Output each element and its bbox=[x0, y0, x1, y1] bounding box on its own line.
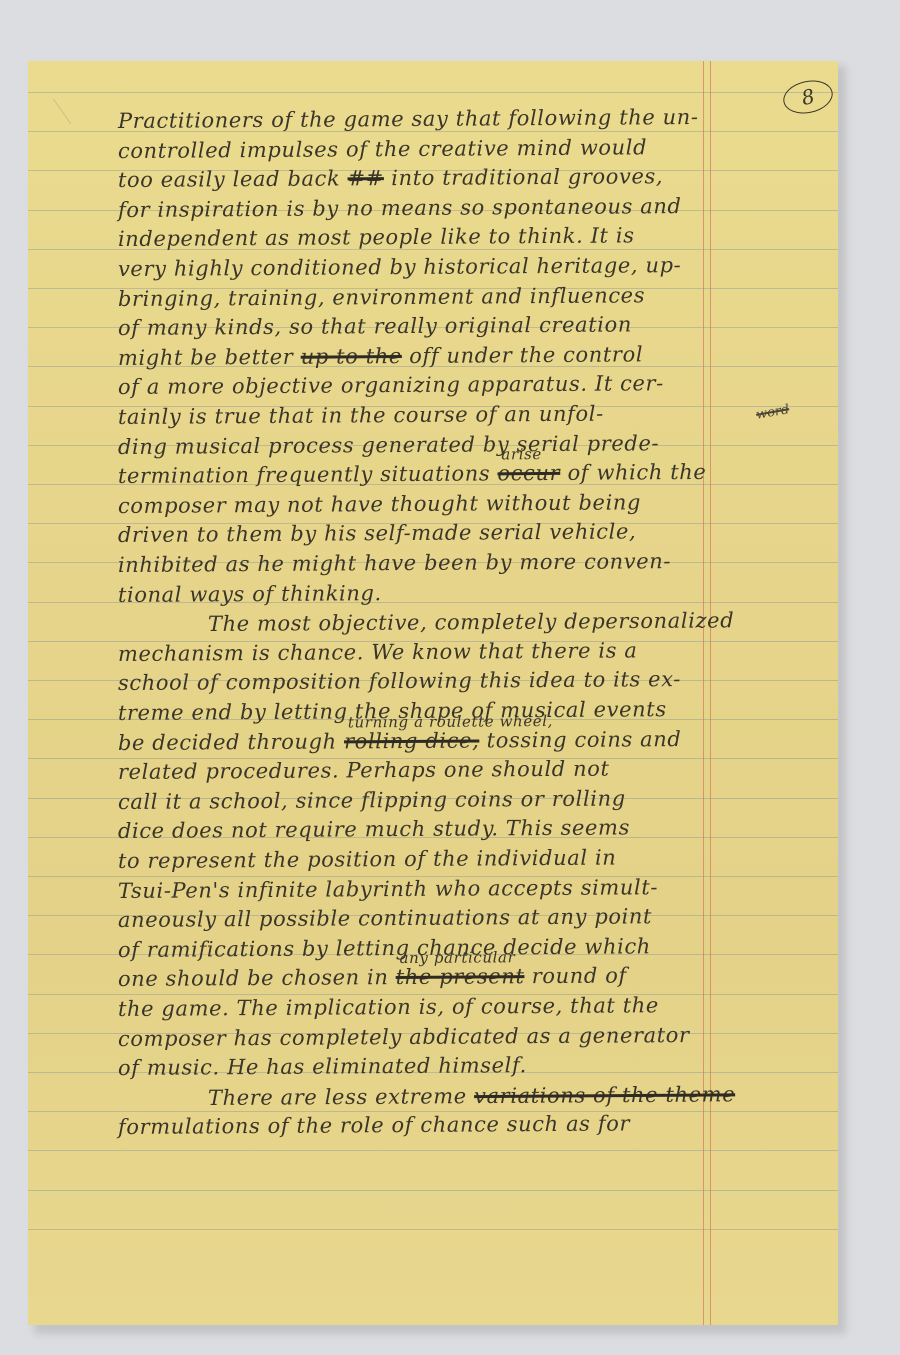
text-line: independent as most people like to think… bbox=[118, 224, 635, 252]
line-text: dice does not require much study. This s… bbox=[118, 816, 630, 844]
text-line: composer may not have thought without be… bbox=[118, 490, 641, 518]
line-text: might be better bbox=[118, 345, 294, 370]
margin-line-right bbox=[710, 61, 711, 1325]
line-text: inhibited as he might have been by more … bbox=[118, 549, 671, 577]
text-line: the game. The implication is, of course,… bbox=[118, 993, 659, 1021]
line-text: bringing, training, environment and infl… bbox=[118, 283, 645, 311]
text-line: very highly conditioned by historical he… bbox=[118, 253, 682, 281]
line-text: of music. He has eliminated himself. bbox=[118, 1053, 527, 1080]
line-text: Tsui-Pen's infinite labyrinth who accept… bbox=[118, 875, 658, 903]
line-text: very highly conditioned by historical he… bbox=[118, 253, 682, 281]
line-text-continued: of which the bbox=[567, 460, 706, 485]
text-line: mechanism is chance. We know that there … bbox=[118, 638, 638, 666]
page-number: 8 bbox=[780, 76, 836, 118]
text-line: for inspiration is by no means so sponta… bbox=[118, 194, 682, 222]
rule-line bbox=[28, 1190, 838, 1191]
struck-text: the present bbox=[396, 965, 525, 990]
line-text: of ramifications by letting chance decid… bbox=[118, 934, 651, 962]
line-text: termination frequently situations bbox=[118, 462, 490, 489]
line-text: mechanism is chance. We know that there … bbox=[118, 638, 638, 666]
text-line: might be better up to the off under the … bbox=[118, 342, 643, 370]
line-text: tainly is true that in the course of an … bbox=[118, 402, 604, 429]
line-text: of many kinds, so that really original c… bbox=[118, 313, 632, 341]
line-text: aneously all possible continuations at a… bbox=[118, 904, 652, 932]
line-text-continued: into traditional grooves, bbox=[391, 164, 663, 190]
line-text: The most objective, completely depersona… bbox=[208, 609, 734, 637]
line-text: controlled impulses of the creative mind… bbox=[118, 135, 647, 163]
text-line: The most objective, completely depersona… bbox=[208, 609, 734, 637]
text-line: be decided through rolling dice,turning … bbox=[118, 727, 682, 755]
text-line: composer has completely abdicated as a g… bbox=[118, 1023, 690, 1051]
struck-text: up to the bbox=[301, 344, 402, 369]
struck-text: rolling dice, bbox=[344, 728, 479, 753]
line-text: composer has completely abdicated as a g… bbox=[118, 1023, 690, 1051]
manuscript-page: 8 word Practitioners of the game say tha… bbox=[28, 61, 838, 1325]
line-text: for inspiration is by no means so sponta… bbox=[118, 194, 682, 222]
text-line: bringing, training, environment and infl… bbox=[118, 283, 645, 311]
text-line: of ramifications by letting chance decid… bbox=[118, 934, 651, 962]
line-text: to represent the position of the individ… bbox=[118, 846, 617, 873]
text-line: of music. He has eliminated himself. bbox=[118, 1053, 527, 1080]
rule-line bbox=[28, 92, 838, 93]
text-line: tainly is true that in the course of an … bbox=[118, 402, 604, 429]
text-line: aneously all possible continuations at a… bbox=[118, 904, 652, 932]
text-line: termination frequently situations occura… bbox=[118, 460, 707, 488]
line-text: tional ways of thinking. bbox=[118, 581, 382, 607]
line-text: be decided through bbox=[118, 729, 337, 755]
line-text: call it a school, since flipping coins o… bbox=[118, 786, 626, 814]
text-line: one should be chosen in the presentany p… bbox=[118, 964, 627, 992]
text-line: driven to them by his self-made serial v… bbox=[118, 520, 636, 548]
text-line: of a more objective organizing apparatus… bbox=[118, 372, 664, 400]
text-line: ding musical process generated by serial… bbox=[118, 431, 659, 459]
line-text: There are less extreme bbox=[208, 1084, 467, 1110]
rule-line bbox=[28, 1150, 838, 1151]
line-text: school of composition following this ide… bbox=[118, 667, 681, 695]
rule-line bbox=[28, 1229, 838, 1230]
text-line: inhibited as he might have been by more … bbox=[118, 549, 671, 577]
text-line: formulations of the role of chance such … bbox=[118, 1112, 630, 1140]
text-line: There are less extreme variations of the… bbox=[208, 1082, 735, 1110]
text-line: Tsui-Pen's infinite labyrinth who accept… bbox=[118, 875, 658, 903]
line-text: too easily lead back bbox=[118, 167, 340, 193]
line-text-continued: tossing coins and bbox=[487, 727, 682, 752]
text-line: tional ways of thinking. bbox=[118, 581, 382, 607]
line-text: independent as most people like to think… bbox=[118, 224, 635, 252]
line-text-continued: round of bbox=[532, 964, 627, 989]
text-line: of many kinds, so that really original c… bbox=[118, 313, 632, 341]
faint-pencil-mark bbox=[53, 76, 104, 124]
text-line: call it a school, since flipping coins o… bbox=[118, 786, 626, 814]
line-text: Practitioners of the game say that follo… bbox=[118, 105, 699, 133]
text-line: controlled impulses of the creative mind… bbox=[118, 135, 647, 163]
text-line: related procedures. Perhaps one should n… bbox=[118, 757, 610, 784]
text-line: to represent the position of the individ… bbox=[118, 846, 617, 873]
inserted-text: any particular bbox=[399, 949, 515, 968]
text-line: too easily lead back ## into traditional… bbox=[118, 164, 663, 192]
struck-text: variations of the theme bbox=[474, 1082, 735, 1108]
text-line: Practitioners of the game say that follo… bbox=[118, 105, 699, 133]
line-text: ding musical process generated by serial… bbox=[118, 431, 659, 459]
line-text: driven to them by his self-made serial v… bbox=[118, 520, 636, 548]
line-text: the game. The implication is, of course,… bbox=[118, 993, 659, 1021]
line-text: of a more objective organizing apparatus… bbox=[118, 372, 664, 400]
struck-text: ## bbox=[347, 166, 384, 190]
text-line: school of composition following this ide… bbox=[118, 667, 681, 695]
margin-line-left bbox=[703, 61, 704, 1325]
line-text: one should be chosen in bbox=[118, 966, 389, 992]
inserted-text: arise bbox=[501, 445, 542, 463]
line-text-continued: off under the control bbox=[409, 342, 643, 368]
inserted-text: turning a roulette wheel, bbox=[348, 712, 553, 731]
text-line: dice does not require much study. This s… bbox=[118, 816, 630, 844]
line-text: related procedures. Perhaps one should n… bbox=[118, 757, 610, 784]
struck-text: occur bbox=[497, 461, 560, 485]
line-text: formulations of the role of chance such … bbox=[118, 1112, 630, 1140]
line-text: composer may not have thought without be… bbox=[118, 490, 641, 518]
